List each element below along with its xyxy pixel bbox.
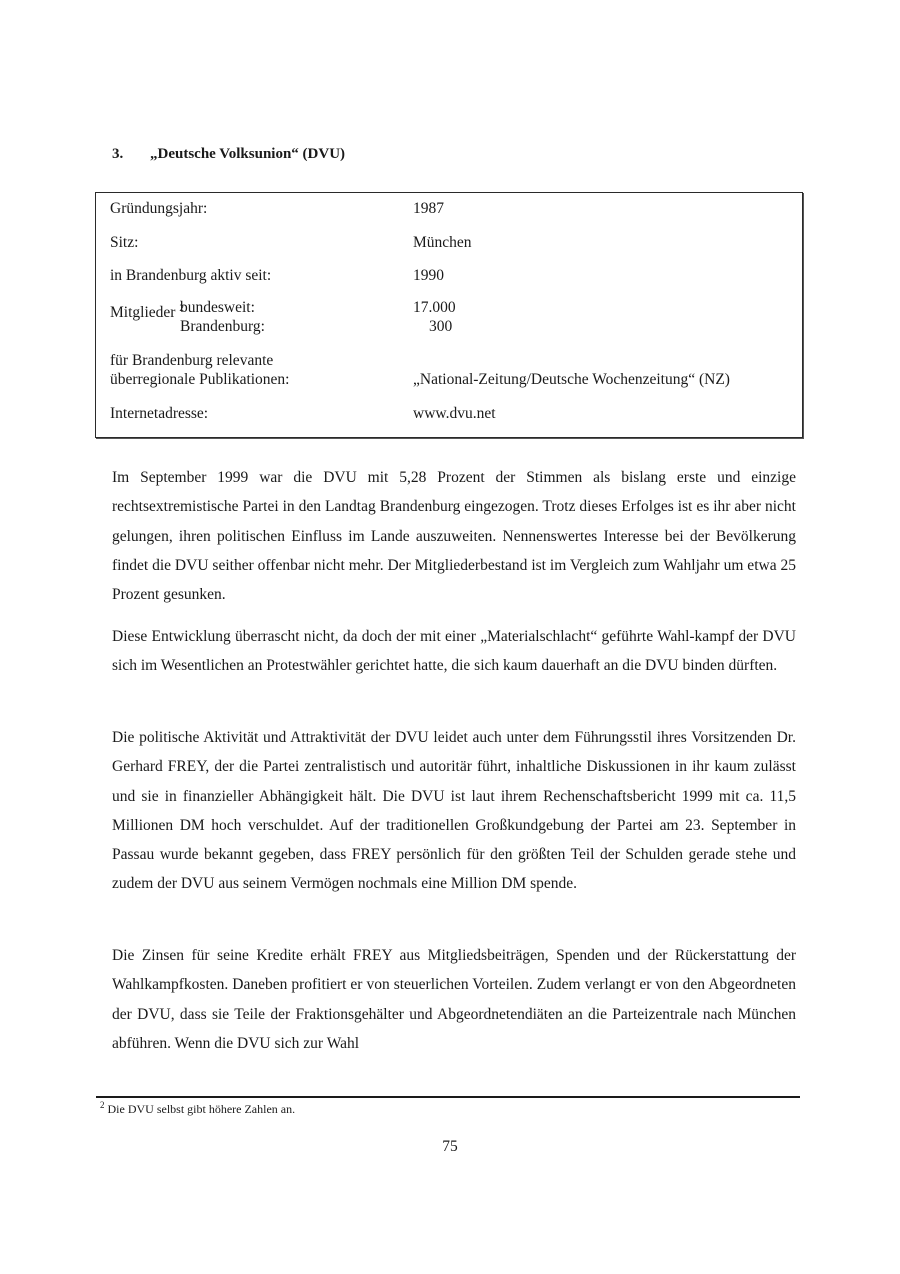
members-label-text: Mitglieder [110,304,175,321]
publications-value: „National-Zeitung/Deutsche Wochenzeitung… [413,370,730,390]
party-fact-box: Gründungsjahr: 1987 Sitz: München in Bra… [95,192,803,438]
body-paragraph: Diese Entwicklung überrascht nicht, da d… [112,622,796,681]
members-state-value: 300 [429,317,452,337]
members-state-label: Brandenburg: [180,317,265,337]
footnote-number: 2 [100,1100,105,1110]
founded-label: Gründungsjahr: [110,199,207,219]
members-federal-value: 17.000 [413,298,456,318]
web-label: Internetadresse: [110,404,208,424]
footnote: 2Die DVU selbst gibt höhere Zahlen an. [100,1100,295,1117]
body-paragraph: Die politische Aktivität und Attraktivit… [112,723,796,899]
seat-label: Sitz: [110,233,138,253]
members-federal-label: bundesweit: [180,298,255,318]
web-value: www.dvu.net [413,404,496,424]
active-since-value: 1990 [413,266,444,286]
active-since-label: in Brandenburg aktiv seit: [110,266,271,286]
publications-label-line2: überregionale Publikationen: [110,370,290,390]
publications-label-line1: für Brandenburg relevante [110,351,273,371]
section-number: 3. [112,146,150,163]
section-heading: 3.„Deutsche Volksunion“ (DVU) [112,146,345,163]
page-number: 75 [0,1138,900,1156]
section-title: „Deutsche Volksunion“ (DVU) [150,146,345,162]
seat-value: München [413,233,472,253]
body-paragraph: Die Zinsen für seine Kredite erhält FREY… [112,941,796,1058]
body-paragraph: Im September 1999 war die DVU mit 5,28 P… [112,463,796,609]
footnote-text: Die DVU selbst gibt höhere Zahlen an. [108,1102,296,1116]
footnote-separator [96,1096,800,1098]
founded-value: 1987 [413,199,444,219]
members-label: Mitglieder 2 [110,298,184,323]
